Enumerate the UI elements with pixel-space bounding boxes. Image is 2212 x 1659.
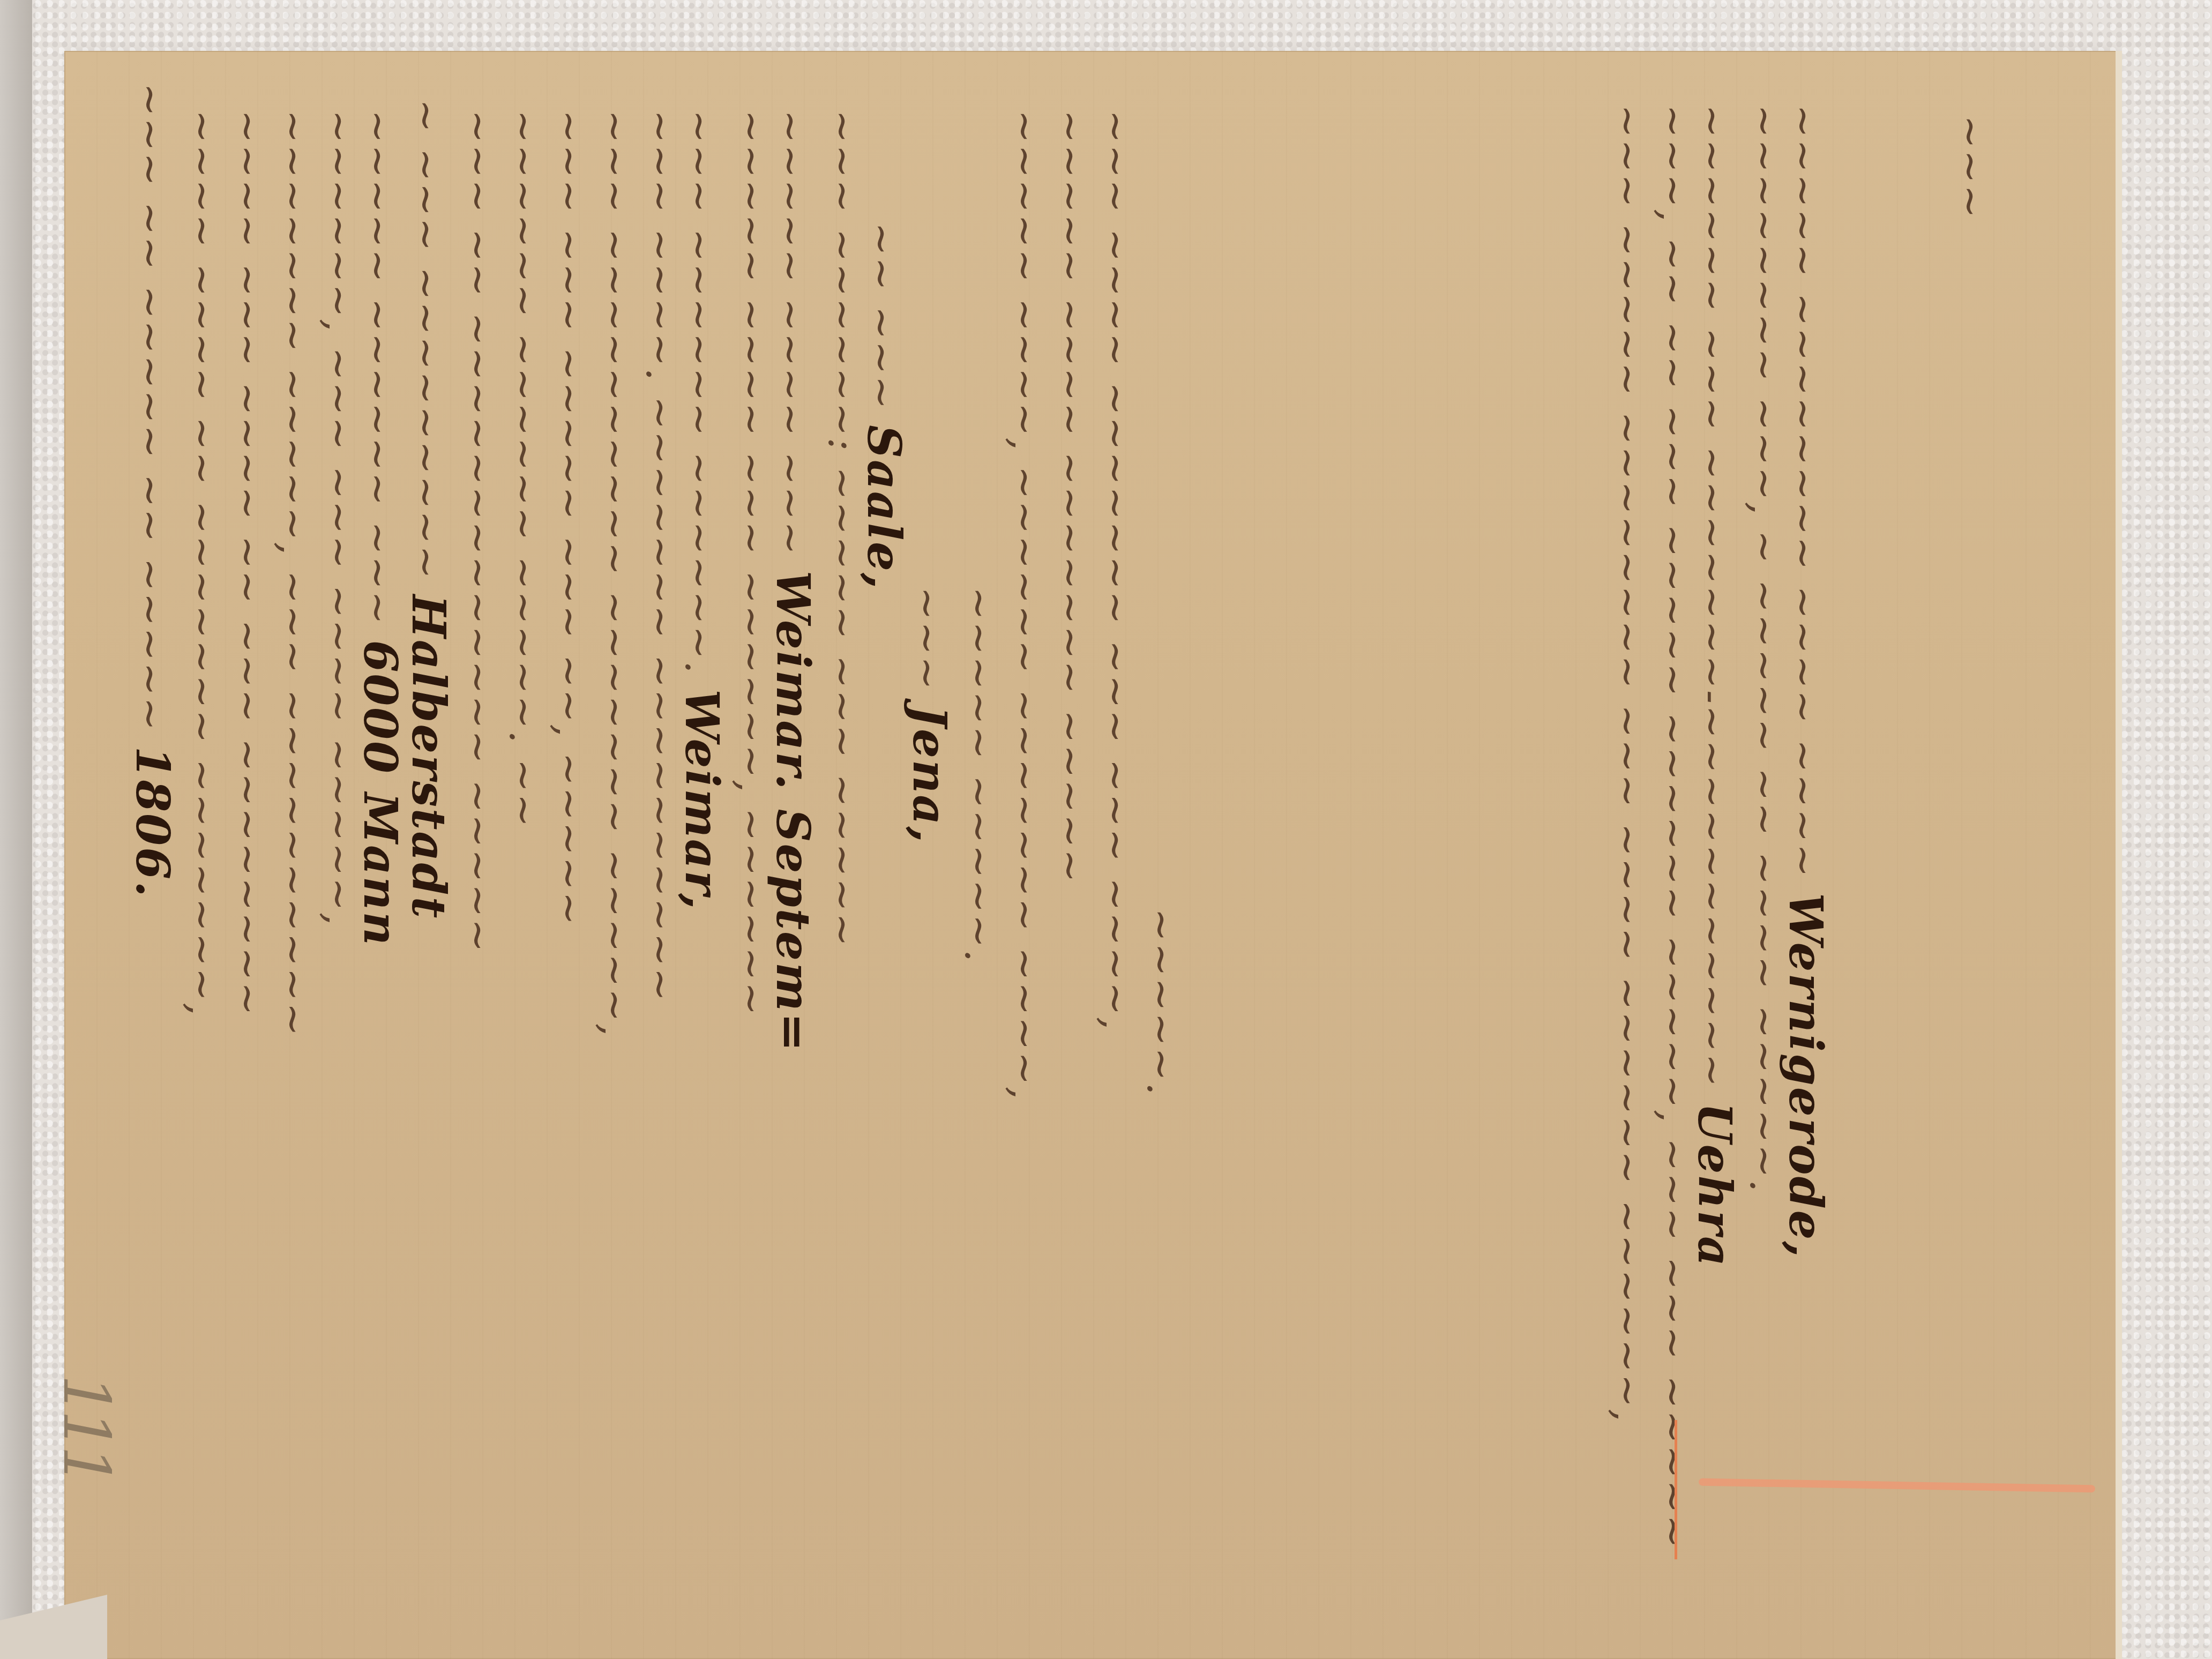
line-26: ~~~~~~ ~~~ ~~~~~~~-~~~~~~~~~~~ Uehra	[1687, 104, 1742, 1268]
line-29: ~~~	[1947, 115, 1993, 220]
line-24: ~~~ ~~~~~ ~~~~~~~~ ~~~ ~~~~ ~~~~~~ ~~~~~…	[1604, 104, 1650, 1423]
red-pencil-bracket-vertical	[1675, 1420, 1677, 1559]
line-28: ~~~~~ ~~~~~~~~ ~~~~ ~~~~ Wernigerode,	[1778, 104, 1833, 1259]
manuscript-page: 111 ~~~ ~~ ~~~~~ ~~ ~~~~~ 1806. ~~~~ ~~~…	[64, 51, 2117, 1659]
section-2: ~~~ ~~~~~ ~~~~~~~~ ~~~ ~~~~ ~~~~~~ ~~~~~…	[64, 51, 2117, 1659]
background-cloth	[0, 0, 32, 1659]
